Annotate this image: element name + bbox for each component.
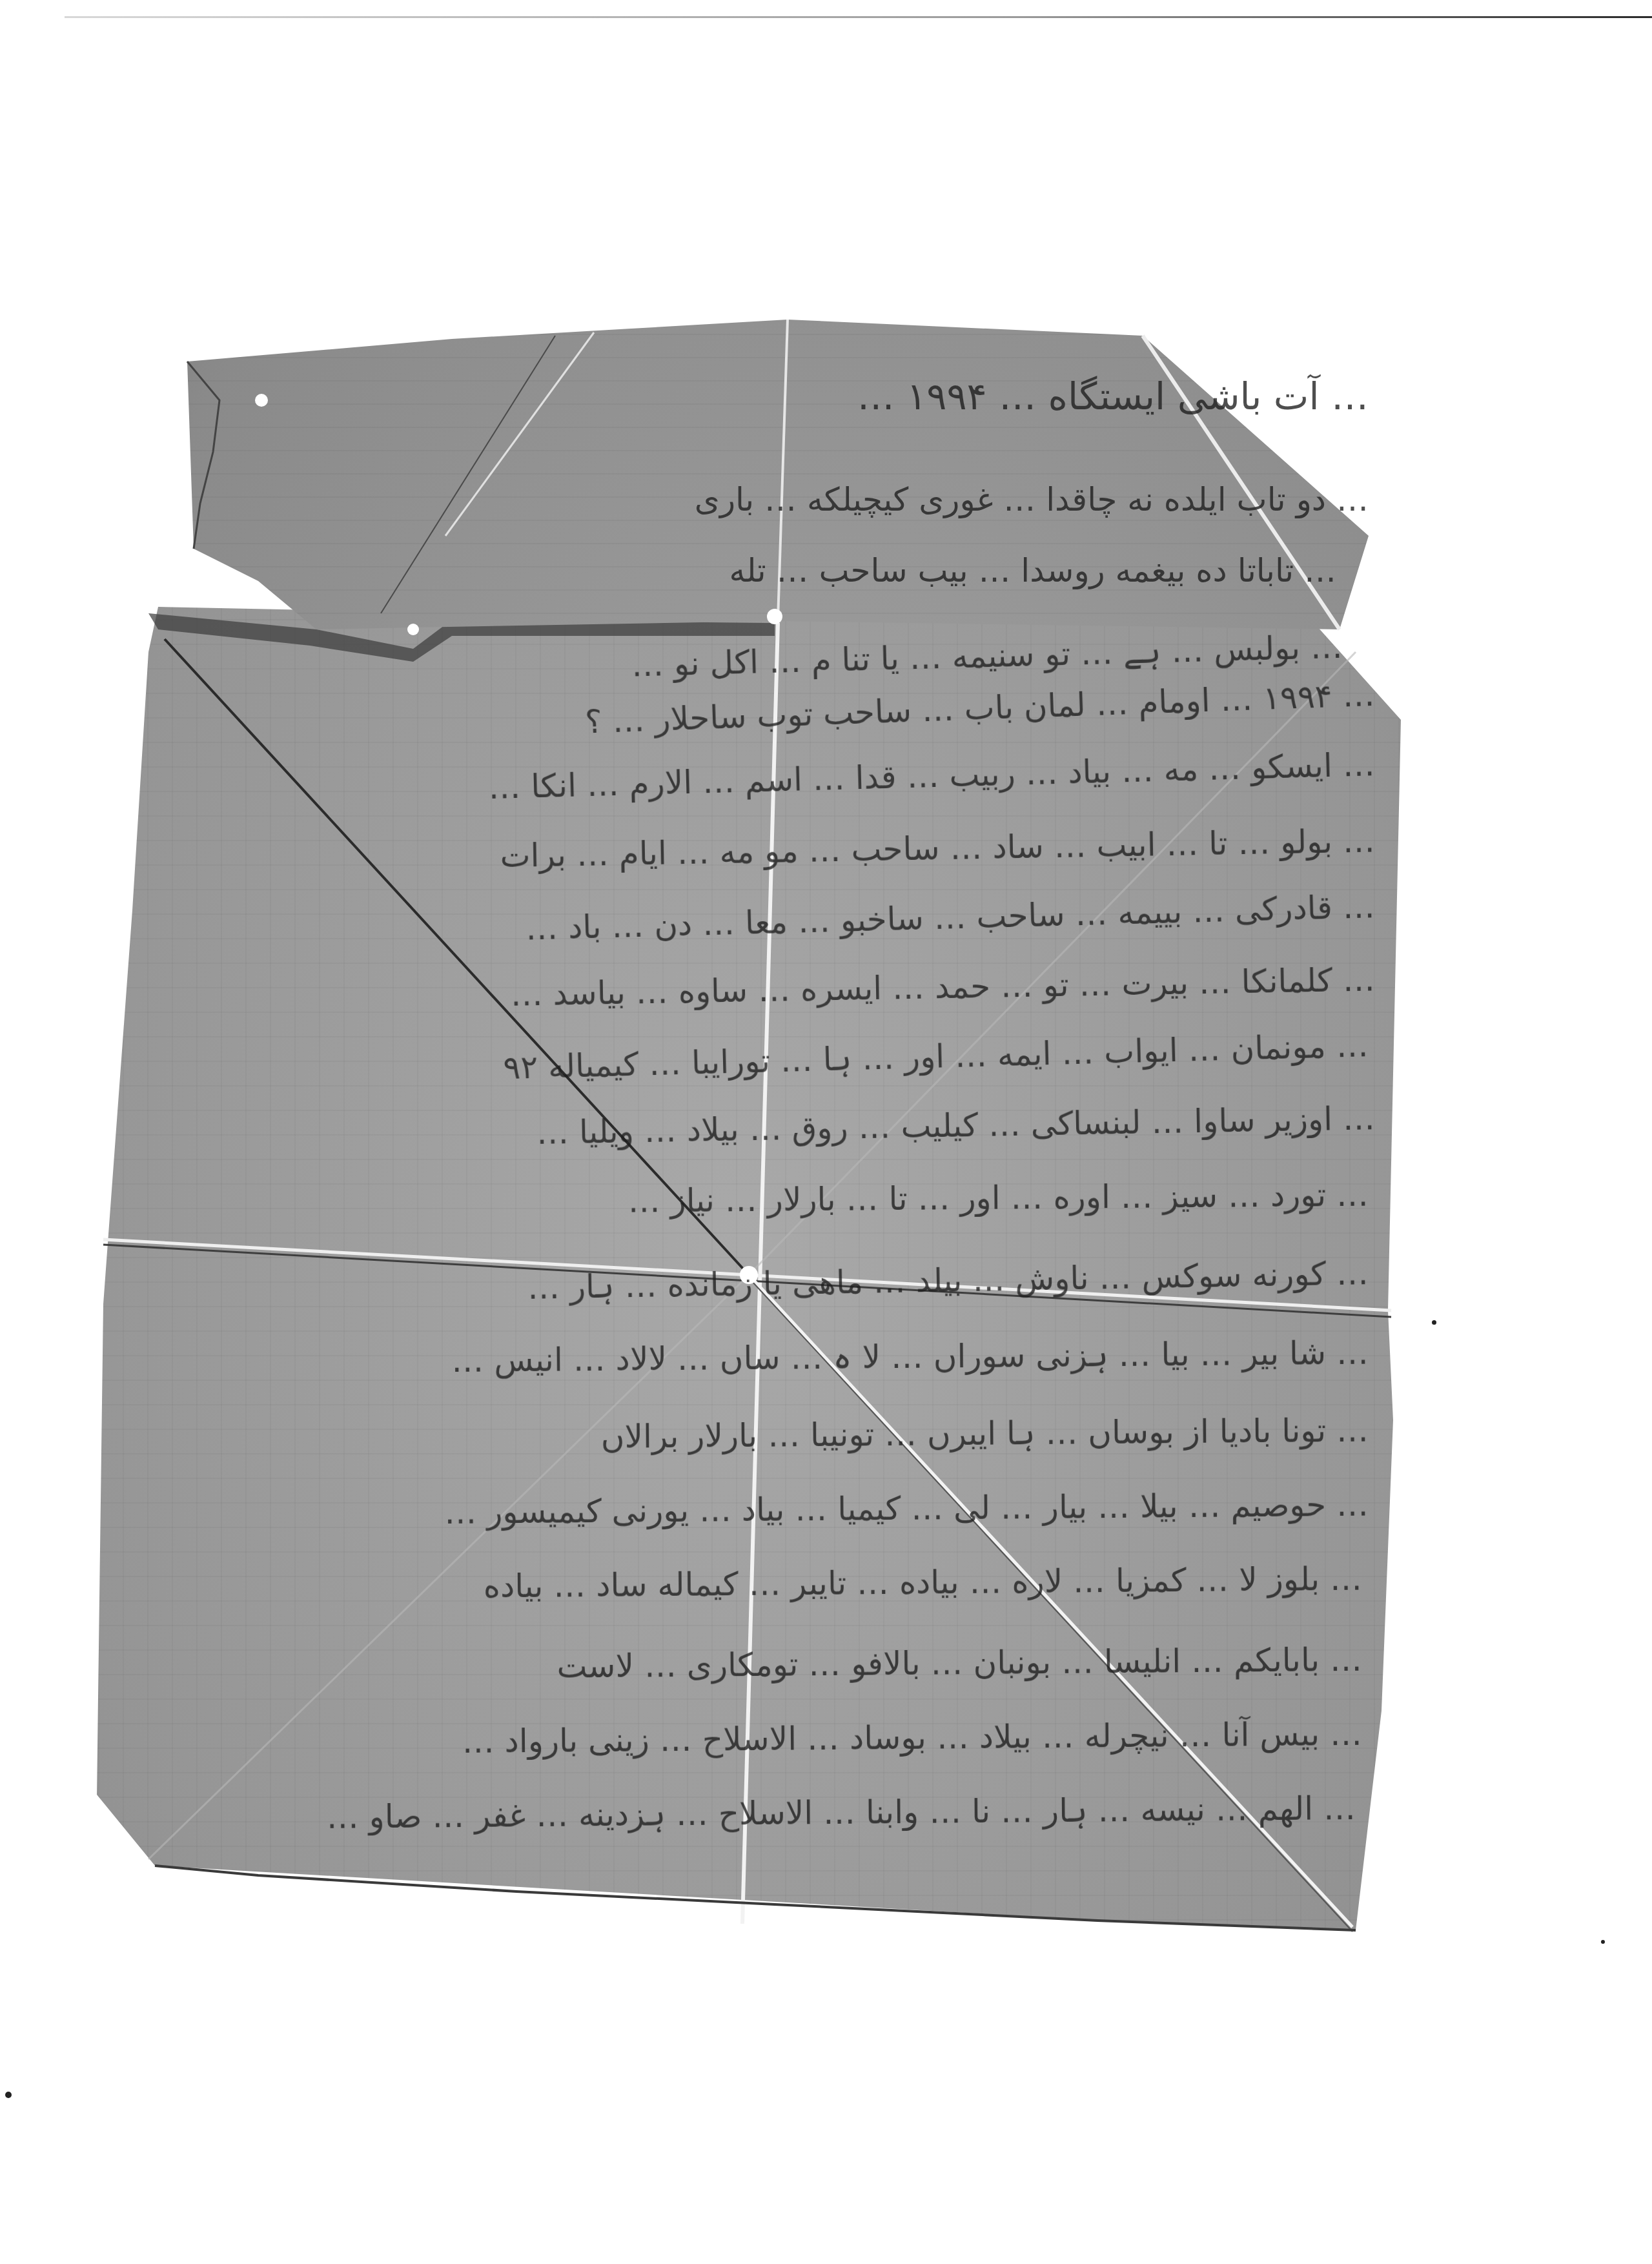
flap-vertical-crease	[778, 320, 788, 620]
anti-diagonal-crease-upper	[749, 652, 1356, 1275]
flap-diagonal-crease	[445, 332, 594, 536]
flap-hole	[407, 624, 419, 635]
upper-fold-hole	[767, 609, 782, 624]
flap-corner-hole	[255, 394, 268, 407]
horizontal-crease-right	[749, 1275, 1391, 1310]
folded-letter: … آت باشی ایستگاه … ۱۹۹۴ … … دو تاب ایلد…	[0, 0, 1652, 2264]
bottom-edge	[155, 1866, 1356, 1930]
flap-crease-shadow	[381, 336, 555, 613]
scan-speck	[5, 2092, 12, 2098]
scan-speck	[1601, 1940, 1605, 1944]
horizontal-crease-shadow-right	[749, 1281, 1391, 1317]
diagonal-crease-lower-shadow	[752, 1281, 1352, 1932]
scan-speck	[1432, 1320, 1436, 1325]
horizontal-crease-left	[103, 1239, 749, 1275]
torn-edge-left	[187, 362, 219, 549]
flap-right-fold	[1143, 336, 1340, 629]
horizontal-crease-shadow-left	[103, 1245, 749, 1281]
diagonal-crease-upper	[165, 639, 749, 1275]
diagonal-crease-lower	[749, 1275, 1352, 1927]
anti-diagonal-crease-lower	[148, 1275, 749, 1859]
fold-creases	[0, 0, 1652, 2264]
center-fold-hole	[740, 1266, 758, 1284]
